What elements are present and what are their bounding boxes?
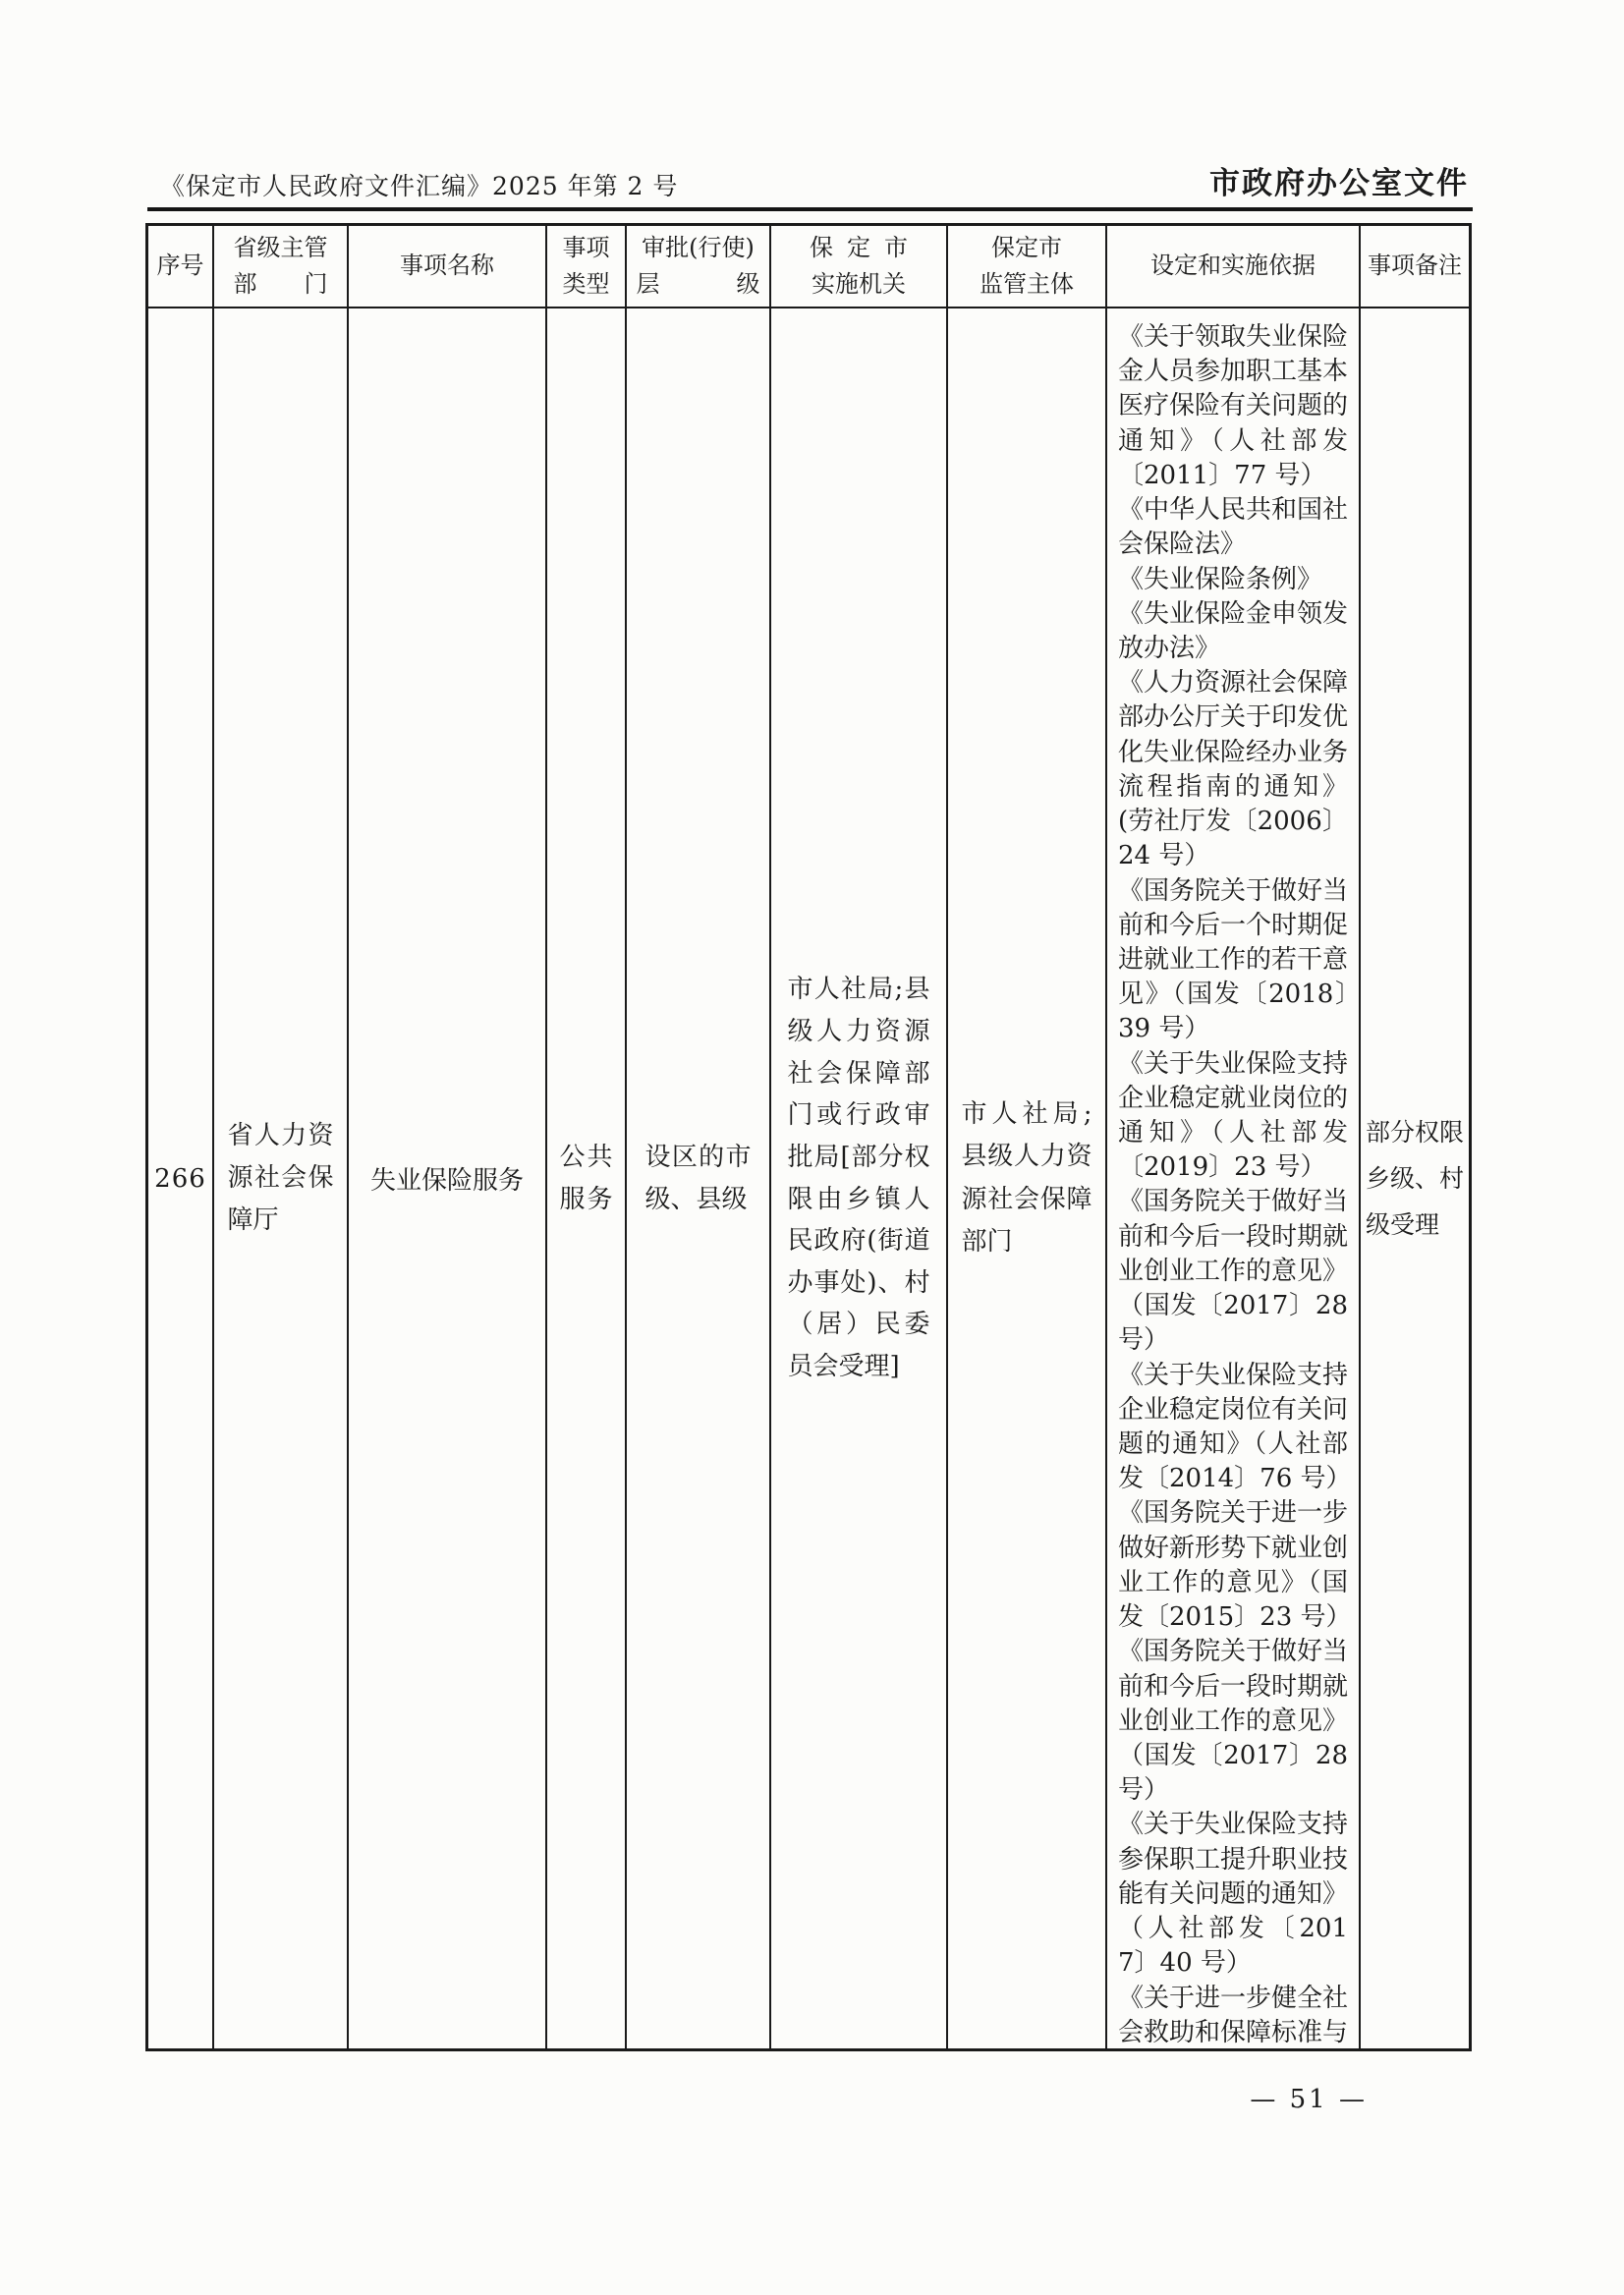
col-header-implementing-agency: 保定市 实施机关 bbox=[769, 226, 946, 308]
implementing-agency-value: 市人社局;县级人力资源社会保障部门或行政审批局[部分权限由乡镇人民政府(街道办事… bbox=[788, 969, 930, 1387]
cell-item-name: 失业保险服务 bbox=[347, 308, 545, 2048]
item-name-value: 失业保险服务 bbox=[370, 1160, 524, 1197]
cell-approval-level: 设区的市级、县级 bbox=[625, 308, 769, 2048]
supervising-body-value: 市人社局;县级人力资源社会保障部门 bbox=[962, 1093, 1092, 1263]
col-header-item-type: 事项 类型 bbox=[545, 226, 625, 308]
col-header-provincial-department-line2: 部门 bbox=[234, 272, 328, 297]
col-header-item-name: 事项名称 bbox=[347, 226, 545, 308]
cell-item-type: 公共服务 bbox=[545, 308, 625, 2048]
legal-basis-item: 《失业保险条例》 bbox=[1118, 563, 1348, 597]
provincial-department-value: 省人力资源社会保障厅 bbox=[228, 1115, 334, 1242]
legal-basis-item: 《失业保险金申领发放办法》 bbox=[1118, 597, 1348, 666]
document-page: 《保定市人民政府文件汇编》2025 年第 2 号 市政府办公室文件 序号 省级主… bbox=[0, 0, 1624, 2295]
legal-basis-item: 《人力资源社会保障部办公厅关于印发优化失业保险经办业务流程指南的通知》(劳社厅发… bbox=[1118, 666, 1348, 873]
cell-supervising-body: 市人社局;县级人力资源社会保障部门 bbox=[946, 308, 1105, 2048]
legal-basis-item: 《国务院关于做好当前和今后一段时期就业创业工作的意见》（国发〔2017〕28 号… bbox=[1118, 1185, 1348, 1358]
cell-seq: 266 bbox=[148, 308, 212, 2048]
col-header-provincial-department: 省级主管 部门 bbox=[212, 226, 347, 308]
legal-basis-item: 《关于进一步健全社会救助和保障标准与物价上涨挂钩联动机制的通知》（发改价格〔20… bbox=[1118, 1982, 1348, 2049]
cell-implementing-agency: 市人社局;县级人力资源社会保障部门或行政审批局[部分权限由乡镇人民政府(街道办事… bbox=[769, 308, 946, 2048]
col-header-approval-level-line2: 层级 bbox=[637, 272, 760, 297]
matters-table: 序号 省级主管 部门 事项名称 事项 类型 审批(行使) 层级 保定市 bbox=[145, 223, 1472, 2051]
legal-basis-item: 《关于领取失业保险金人员参加职工基本医疗保险有关问题的通知》（人社部发〔2011… bbox=[1118, 320, 1348, 493]
document-category-label: 市政府办公室文件 bbox=[1209, 158, 1469, 202]
legal-basis-item: 《国务院关于做好当前和今后一段时期就业创业工作的意见》（国发〔2017〕28 号… bbox=[1118, 1635, 1348, 1808]
col-header-seq: 序号 bbox=[148, 226, 212, 308]
legal-basis-item: 《中华人民共和国社会保险法》 bbox=[1118, 493, 1348, 562]
col-header-provincial-department-line1: 省级主管 bbox=[234, 236, 328, 260]
legal-basis-list: 《关于领取失业保险金人员参加职工基本医疗保险有关问题的通知》（人社部发〔2011… bbox=[1118, 320, 1348, 2048]
seq-value: 266 bbox=[154, 1164, 206, 1194]
col-header-legal-basis-label: 设定和实施依据 bbox=[1150, 253, 1316, 278]
col-header-supervising-body: 保定市 监管主体 bbox=[946, 226, 1105, 308]
item-type-value: 公共服务 bbox=[560, 1137, 613, 1221]
col-header-approval-level: 审批(行使) 层级 bbox=[625, 226, 769, 308]
legal-basis-item: 《国务院关于做好当前和今后一个时期促进就业工作的若干意见》（国发〔2018〕39… bbox=[1118, 874, 1348, 1047]
legal-basis-item: 《关于失业保险支持企业稳定就业岗位的通知》（人社部发〔2019〕23 号） bbox=[1118, 1047, 1348, 1186]
legal-basis-item: 《关于失业保险支持参保职工提升职业技能有关问题的通知》（人社部发〔2017〕40… bbox=[1118, 1808, 1348, 1981]
col-header-seq-label: 序号 bbox=[157, 253, 204, 278]
col-header-legal-basis: 设定和实施依据 bbox=[1105, 226, 1359, 308]
remarks-value: 部分权限乡级、村级受理 bbox=[1366, 1109, 1464, 1248]
col-header-remarks-label: 事项备注 bbox=[1368, 253, 1462, 278]
col-header-item-type-line2: 类型 bbox=[563, 272, 610, 297]
col-header-item-type-line1: 事项 bbox=[563, 236, 610, 260]
cell-legal-basis: 《关于领取失业保险金人员参加职工基本医疗保险有关问题的通知》（人社部发〔2011… bbox=[1105, 308, 1359, 2048]
col-header-approval-level-line1: 审批(行使) bbox=[637, 236, 760, 260]
approval-level-value: 设区的市级、县级 bbox=[645, 1137, 752, 1221]
page-number: — 51 — bbox=[1250, 2085, 1368, 2114]
col-header-item-name-label: 事项名称 bbox=[400, 253, 494, 278]
col-header-supervising-body-line2: 监管主体 bbox=[980, 272, 1074, 297]
cell-remarks: 部分权限乡级、村级受理 bbox=[1359, 308, 1469, 2048]
col-header-implementing-agency-line2: 实施机关 bbox=[810, 272, 908, 297]
legal-basis-item: 《关于失业保险支持企业稳定岗位有关问题的通知》（人社部发〔2014〕76 号） bbox=[1118, 1359, 1348, 1497]
legal-basis-item: 《国务院关于进一步做好新形势下就业创业工作的意见》（国发〔2015〕23 号） bbox=[1118, 1496, 1348, 1635]
col-header-remarks: 事项备注 bbox=[1359, 226, 1469, 308]
compilation-title: 《保定市人民政府文件汇编》2025 年第 2 号 bbox=[160, 167, 678, 202]
header-rule bbox=[147, 207, 1473, 211]
col-header-supervising-body-line1: 保定市 bbox=[980, 236, 1074, 260]
col-header-implementing-agency-line1: 保定市 bbox=[810, 236, 908, 260]
cell-provincial-department: 省人力资源社会保障厅 bbox=[212, 308, 347, 2048]
